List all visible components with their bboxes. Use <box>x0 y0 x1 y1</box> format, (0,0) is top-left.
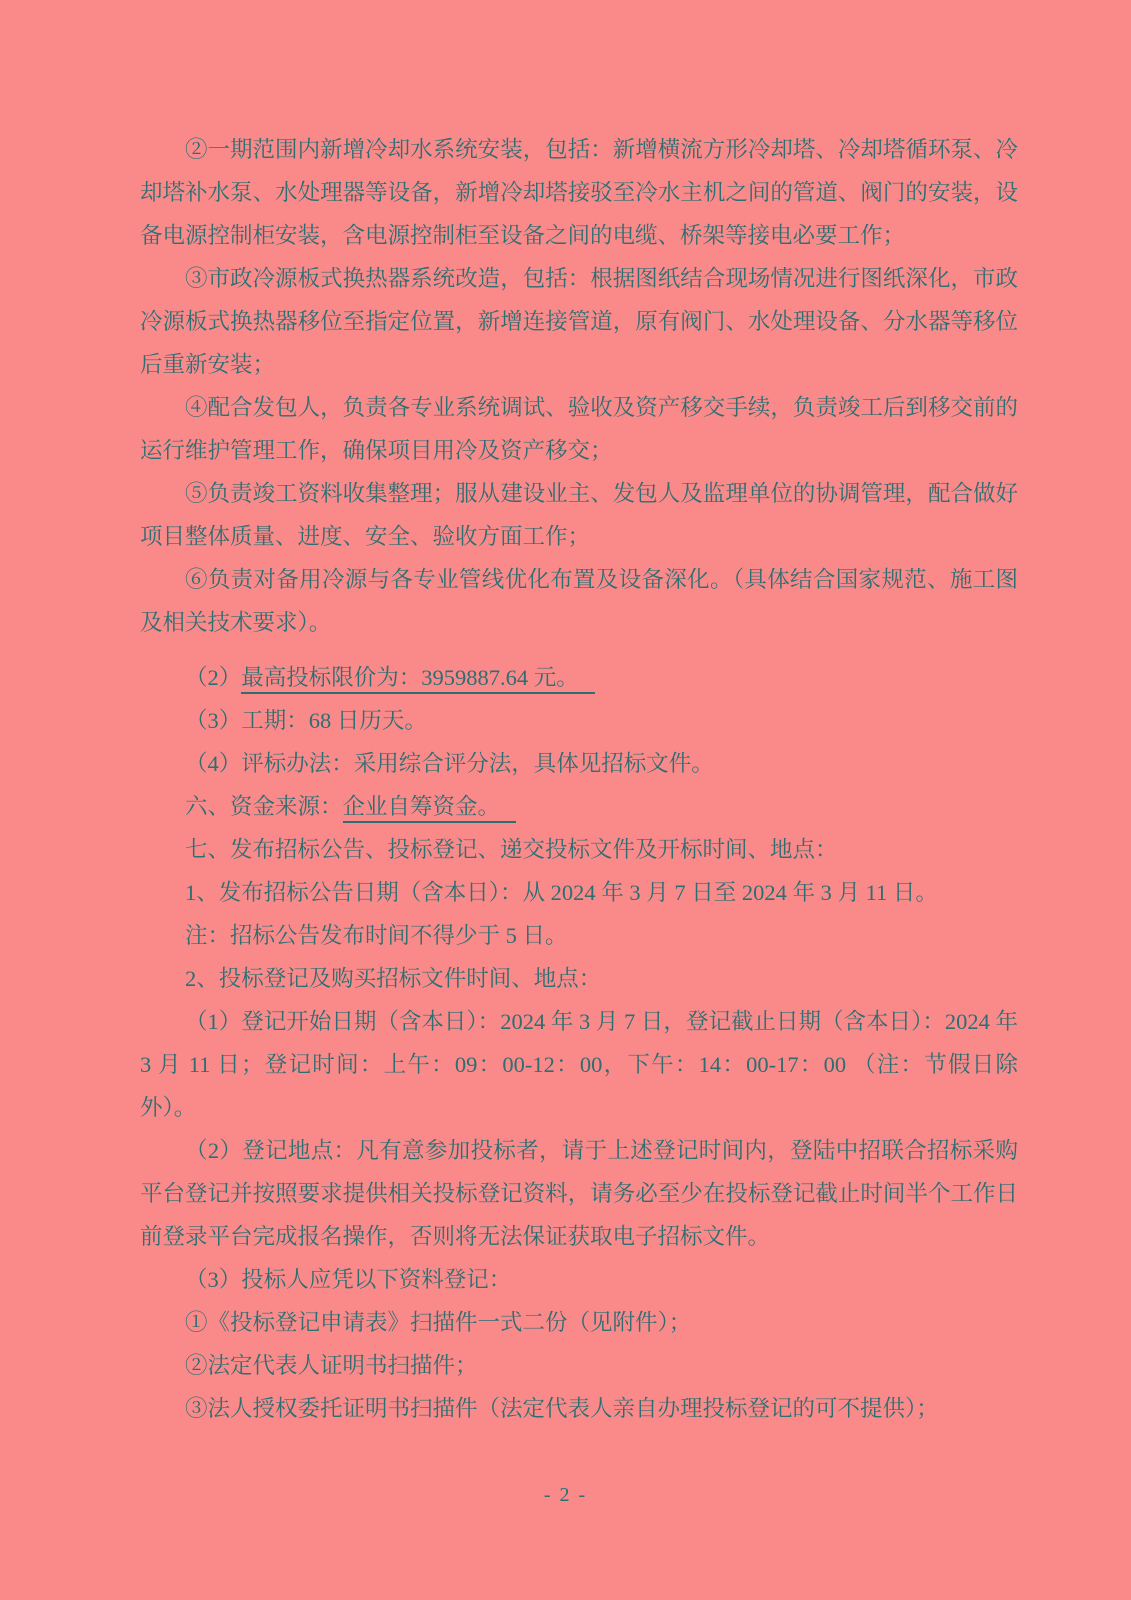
paragraph: ⑥负责对备用冷源与各专业管线优化布置及设备深化。（具体结合国家规范、施工图及相关… <box>140 558 1018 644</box>
paragraph: ①《投标登记申请表》扫描件一式二份（见附件）； <box>140 1301 1018 1344</box>
paragraph: 1、发布招标公告日期（含本日）：从 2024 年 3 月 7 日至 2024 年… <box>140 871 1018 914</box>
text-run: ③法人授权委托证明书扫描件（法定代表人亲自办理投标登记的可不提供）； <box>185 1396 939 1421</box>
text-run: （2） <box>185 665 241 690</box>
underlined-text: 最高投标限价为：3959887.64 元。 <box>241 665 595 694</box>
paragraph: ③法人授权委托证明书扫描件（法定代表人亲自办理投标登记的可不提供）； <box>140 1387 1018 1430</box>
paragraph: （1）登记开始日期（含本日）：2024 年 3 月 7 日，登记截止日期（含本日… <box>140 1000 1018 1129</box>
paragraph: 注：招标公告发布时间不得少于 5 日。 <box>140 914 1018 957</box>
page-number: - 2 - <box>0 1484 1131 1507</box>
paragraph: （4）评标办法：采用综合评分法，具体见招标文件。 <box>140 742 1018 785</box>
text-run: 2、投标登记及购买招标文件时间、地点： <box>185 966 601 991</box>
document-page: ②一期范围内新增冷却水系统安装，包括：新增横流方形冷却塔、冷却塔循环泵、冷却塔补… <box>0 0 1131 1600</box>
paragraph: （3）投标人应凭以下资料登记： <box>140 1258 1018 1301</box>
paragraph: 2、投标登记及购买招标文件时间、地点： <box>140 957 1018 1000</box>
text-run: 七、发布招标公告、投标登记、递交投标文件及开标时间、地点： <box>185 837 838 862</box>
text-run: ③市政冷源板式换热器系统改造，包括：根据图纸结合现场情况进行图纸深化，市政冷源板… <box>140 266 1018 377</box>
paragraph: （2）最高投标限价为：3959887.64 元。 <box>140 656 1018 699</box>
text-run: （1）登记开始日期（含本日）：2024 年 3 月 7 日，登记截止日期（含本日… <box>140 1009 1018 1120</box>
text-run: ⑤负责竣工资料收集整理；服从建设业主、发包人及监理单位的协调管理，配合做好项目整… <box>140 481 1018 549</box>
paragraph: ②法定代表人证明书扫描件； <box>140 1344 1018 1387</box>
text-run: （2）登记地点：凡有意参加投标者，请于上述登记时间内，登陆中招联合招标采购平台登… <box>140 1138 1018 1249</box>
text-run: （3）投标人应凭以下资料登记： <box>185 1267 511 1292</box>
text-run: ②一期范围内新增冷却水系统安装，包括：新增横流方形冷却塔、冷却塔循环泵、冷却塔补… <box>140 137 1018 248</box>
text-run: （4）评标办法：采用综合评分法，具体见招标文件。 <box>185 751 714 776</box>
text-run: ④配合发包人，负责各专业系统调试、验收及资产移交手续，负责竣工后到移交前的运行维… <box>140 395 1018 463</box>
text-run: 六、资金来源： <box>185 794 343 819</box>
paragraph: （3）工期：68 日历天。 <box>140 699 1018 742</box>
text-run: 注：招标公告发布时间不得少于 5 日。 <box>185 923 568 948</box>
paragraph: 七、发布招标公告、投标登记、递交投标文件及开标时间、地点： <box>140 828 1018 871</box>
paragraph: 六、资金来源：企业自筹资金。 <box>140 785 1018 828</box>
paragraph: ⑤负责竣工资料收集整理；服从建设业主、发包人及监理单位的协调管理，配合做好项目整… <box>140 472 1018 558</box>
text-run: ②法定代表人证明书扫描件； <box>185 1353 478 1378</box>
document-body: ②一期范围内新增冷却水系统安装，包括：新增横流方形冷却塔、冷却塔循环泵、冷却塔补… <box>140 128 1018 1430</box>
text-run: 1、发布招标公告日期（含本日）：从 2024 年 3 月 7 日至 2024 年… <box>185 880 938 905</box>
paragraph: ④配合发包人，负责各专业系统调试、验收及资产移交手续，负责竣工后到移交前的运行维… <box>140 386 1018 472</box>
text-run: （3）工期：68 日历天。 <box>185 708 427 733</box>
paragraph: （2）登记地点：凡有意参加投标者，请于上述登记时间内，登陆中招联合招标采购平台登… <box>140 1129 1018 1258</box>
underlined-text: 企业自筹资金。 <box>343 794 517 823</box>
text-run: ⑥负责对备用冷源与各专业管线优化布置及设备深化。（具体结合国家规范、施工图及相关… <box>140 567 1018 635</box>
text-run: ①《投标登记申请表》扫描件一式二份（见附件）； <box>185 1310 691 1335</box>
paragraph: ③市政冷源板式换热器系统改造，包括：根据图纸结合现场情况进行图纸深化，市政冷源板… <box>140 257 1018 386</box>
paragraph: ②一期范围内新增冷却水系统安装，包括：新增横流方形冷却塔、冷却塔循环泵、冷却塔补… <box>140 128 1018 257</box>
